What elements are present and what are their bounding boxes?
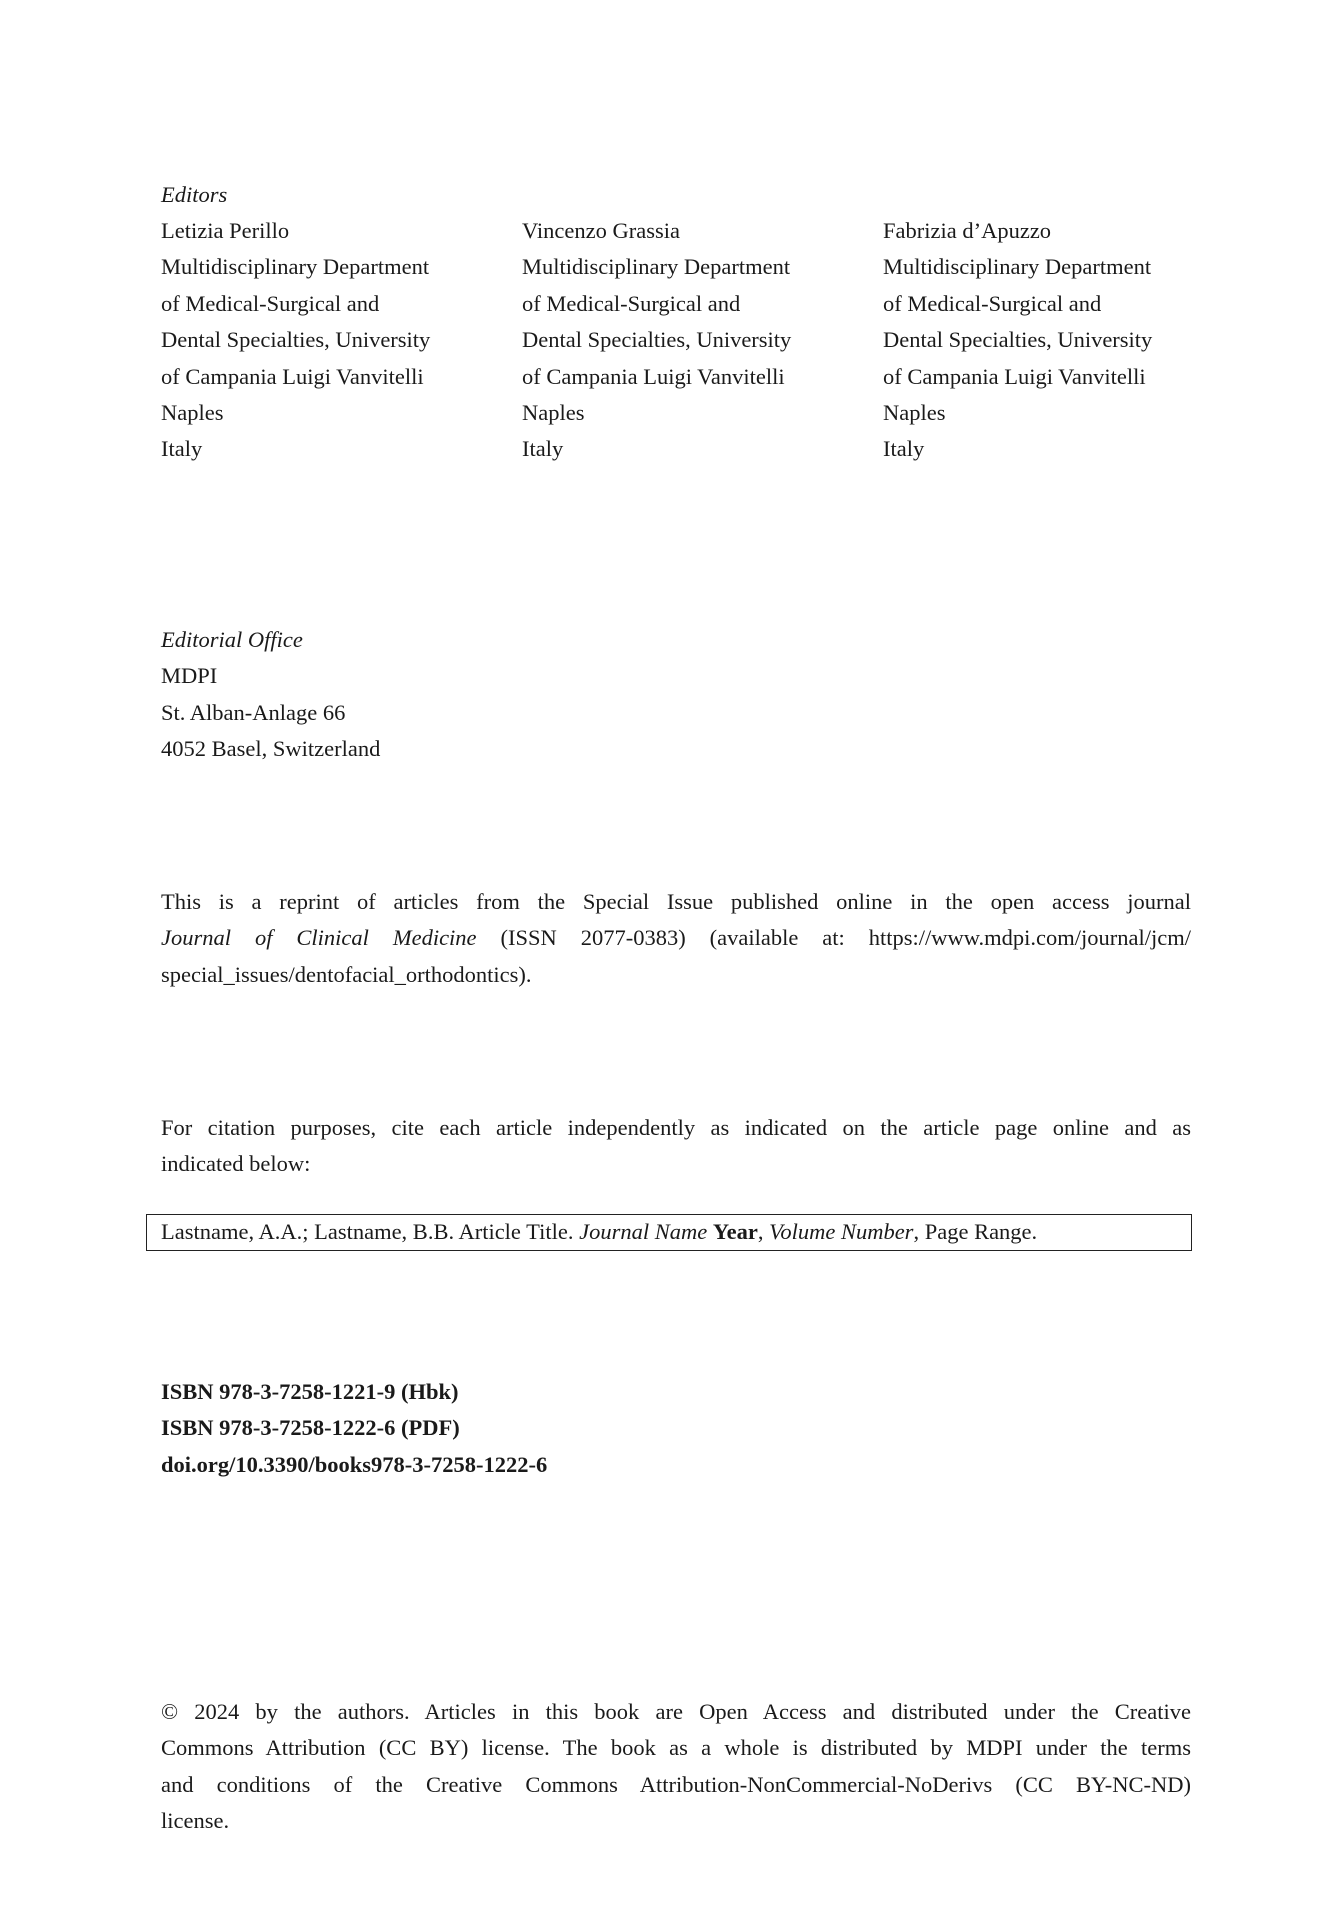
office-city: 4052 Basel, Switzerland — [161, 731, 380, 767]
editor-city: Naples — [883, 395, 1152, 431]
isbn-pdf: ISBN 978-3-7258-1222-6 (PDF) — [161, 1410, 547, 1446]
citation-volume: Volume Number — [769, 1219, 913, 1244]
reprint-notice: This is a reprint of articles from the S… — [161, 884, 1191, 993]
copyright-notice: © 2024 by the authors. Articles in this … — [161, 1694, 1191, 1840]
editor-country: Italy — [161, 431, 430, 467]
editorial-office-heading: Editorial Office — [161, 622, 380, 658]
reprint-issn-url: (ISSN 2077-0383) (available at: https://… — [477, 925, 1191, 950]
editor-affiliation: Dental Specialties, University — [883, 322, 1152, 358]
editor-entry: Letizia Perillo Multidisciplinary Depart… — [161, 213, 430, 468]
copyright-line: © 2024 by the authors. Articles in this … — [161, 1694, 1191, 1730]
citation-authors-title: Lastname, A.A.; Lastname, B.B. Article T… — [161, 1219, 579, 1244]
editor-entry: Fabrizia d’Apuzzo Multidisciplinary Depa… — [883, 213, 1152, 468]
editor-entry: Vincenzo Grassia Multidisciplinary Depar… — [522, 213, 791, 468]
citation-pages: , Page Range. — [913, 1219, 1037, 1244]
doi-link[interactable]: doi.org/10.3390/books978-3-7258-1222-6 — [161, 1447, 547, 1483]
editorial-office: Editorial Office MDPI St. Alban-Anlage 6… — [161, 622, 380, 768]
isbn-hardback: ISBN 978-3-7258-1221-9 (Hbk) — [161, 1374, 547, 1410]
book-imprint-page: Editors Letizia Perillo Multidisciplinar… — [0, 0, 1339, 1923]
citation-instructions: For citation purposes, cite each article… — [161, 1110, 1191, 1183]
editor-affiliation: Dental Specialties, University — [161, 322, 430, 358]
editors-heading: Editors — [161, 177, 227, 213]
office-name: MDPI — [161, 658, 380, 694]
editor-city: Naples — [161, 395, 430, 431]
editor-affiliation: of Campania Luigi Vanvitelli — [522, 359, 791, 395]
citation-separator: , — [758, 1219, 769, 1244]
citation-instructions-line: indicated below: — [161, 1146, 1191, 1182]
editor-affiliation: Multidisciplinary Department — [161, 249, 430, 285]
copyright-line: license. — [161, 1803, 1191, 1839]
editor-country: Italy — [883, 431, 1152, 467]
editor-affiliation: of Campania Luigi Vanvitelli — [161, 359, 430, 395]
citation-format-text: Lastname, A.A.; Lastname, B.B. Article T… — [161, 1214, 1037, 1250]
editor-name: Letizia Perillo — [161, 213, 430, 249]
reprint-line: This is a reprint of articles from the S… — [161, 884, 1191, 920]
citation-year: Year — [713, 1219, 758, 1244]
editor-country: Italy — [522, 431, 791, 467]
editor-name: Fabrizia d’Apuzzo — [883, 213, 1152, 249]
reprint-url-tail: special_issues/dentofacial_orthodontics)… — [161, 957, 1191, 993]
editor-affiliation: of Medical-Surgical and — [883, 286, 1152, 322]
copyright-line: Commons Attribution (CC BY) license. The… — [161, 1730, 1191, 1766]
office-street: St. Alban-Anlage 66 — [161, 695, 380, 731]
editor-affiliation: of Campania Luigi Vanvitelli — [883, 359, 1152, 395]
citation-instructions-line: For citation purposes, cite each article… — [161, 1110, 1191, 1146]
editor-affiliation: of Medical-Surgical and — [161, 286, 430, 322]
editor-affiliation: of Medical-Surgical and — [522, 286, 791, 322]
editor-affiliation: Multidisciplinary Department — [522, 249, 791, 285]
identifiers: ISBN 978-3-7258-1221-9 (Hbk) ISBN 978-3-… — [161, 1374, 547, 1483]
editor-city: Naples — [522, 395, 791, 431]
reprint-line: Journal of Clinical Medicine (ISSN 2077-… — [161, 920, 1191, 956]
journal-name: Journal of Clinical Medicine — [161, 925, 477, 950]
citation-journal: Journal Name — [579, 1219, 707, 1244]
editor-affiliation: Multidisciplinary Department — [883, 249, 1152, 285]
editor-name: Vincenzo Grassia — [522, 213, 791, 249]
editor-affiliation: Dental Specialties, University — [522, 322, 791, 358]
citation-format-box: Lastname, A.A.; Lastname, B.B. Article T… — [146, 1214, 1192, 1251]
copyright-line: and conditions of the Creative Commons A… — [161, 1767, 1191, 1803]
